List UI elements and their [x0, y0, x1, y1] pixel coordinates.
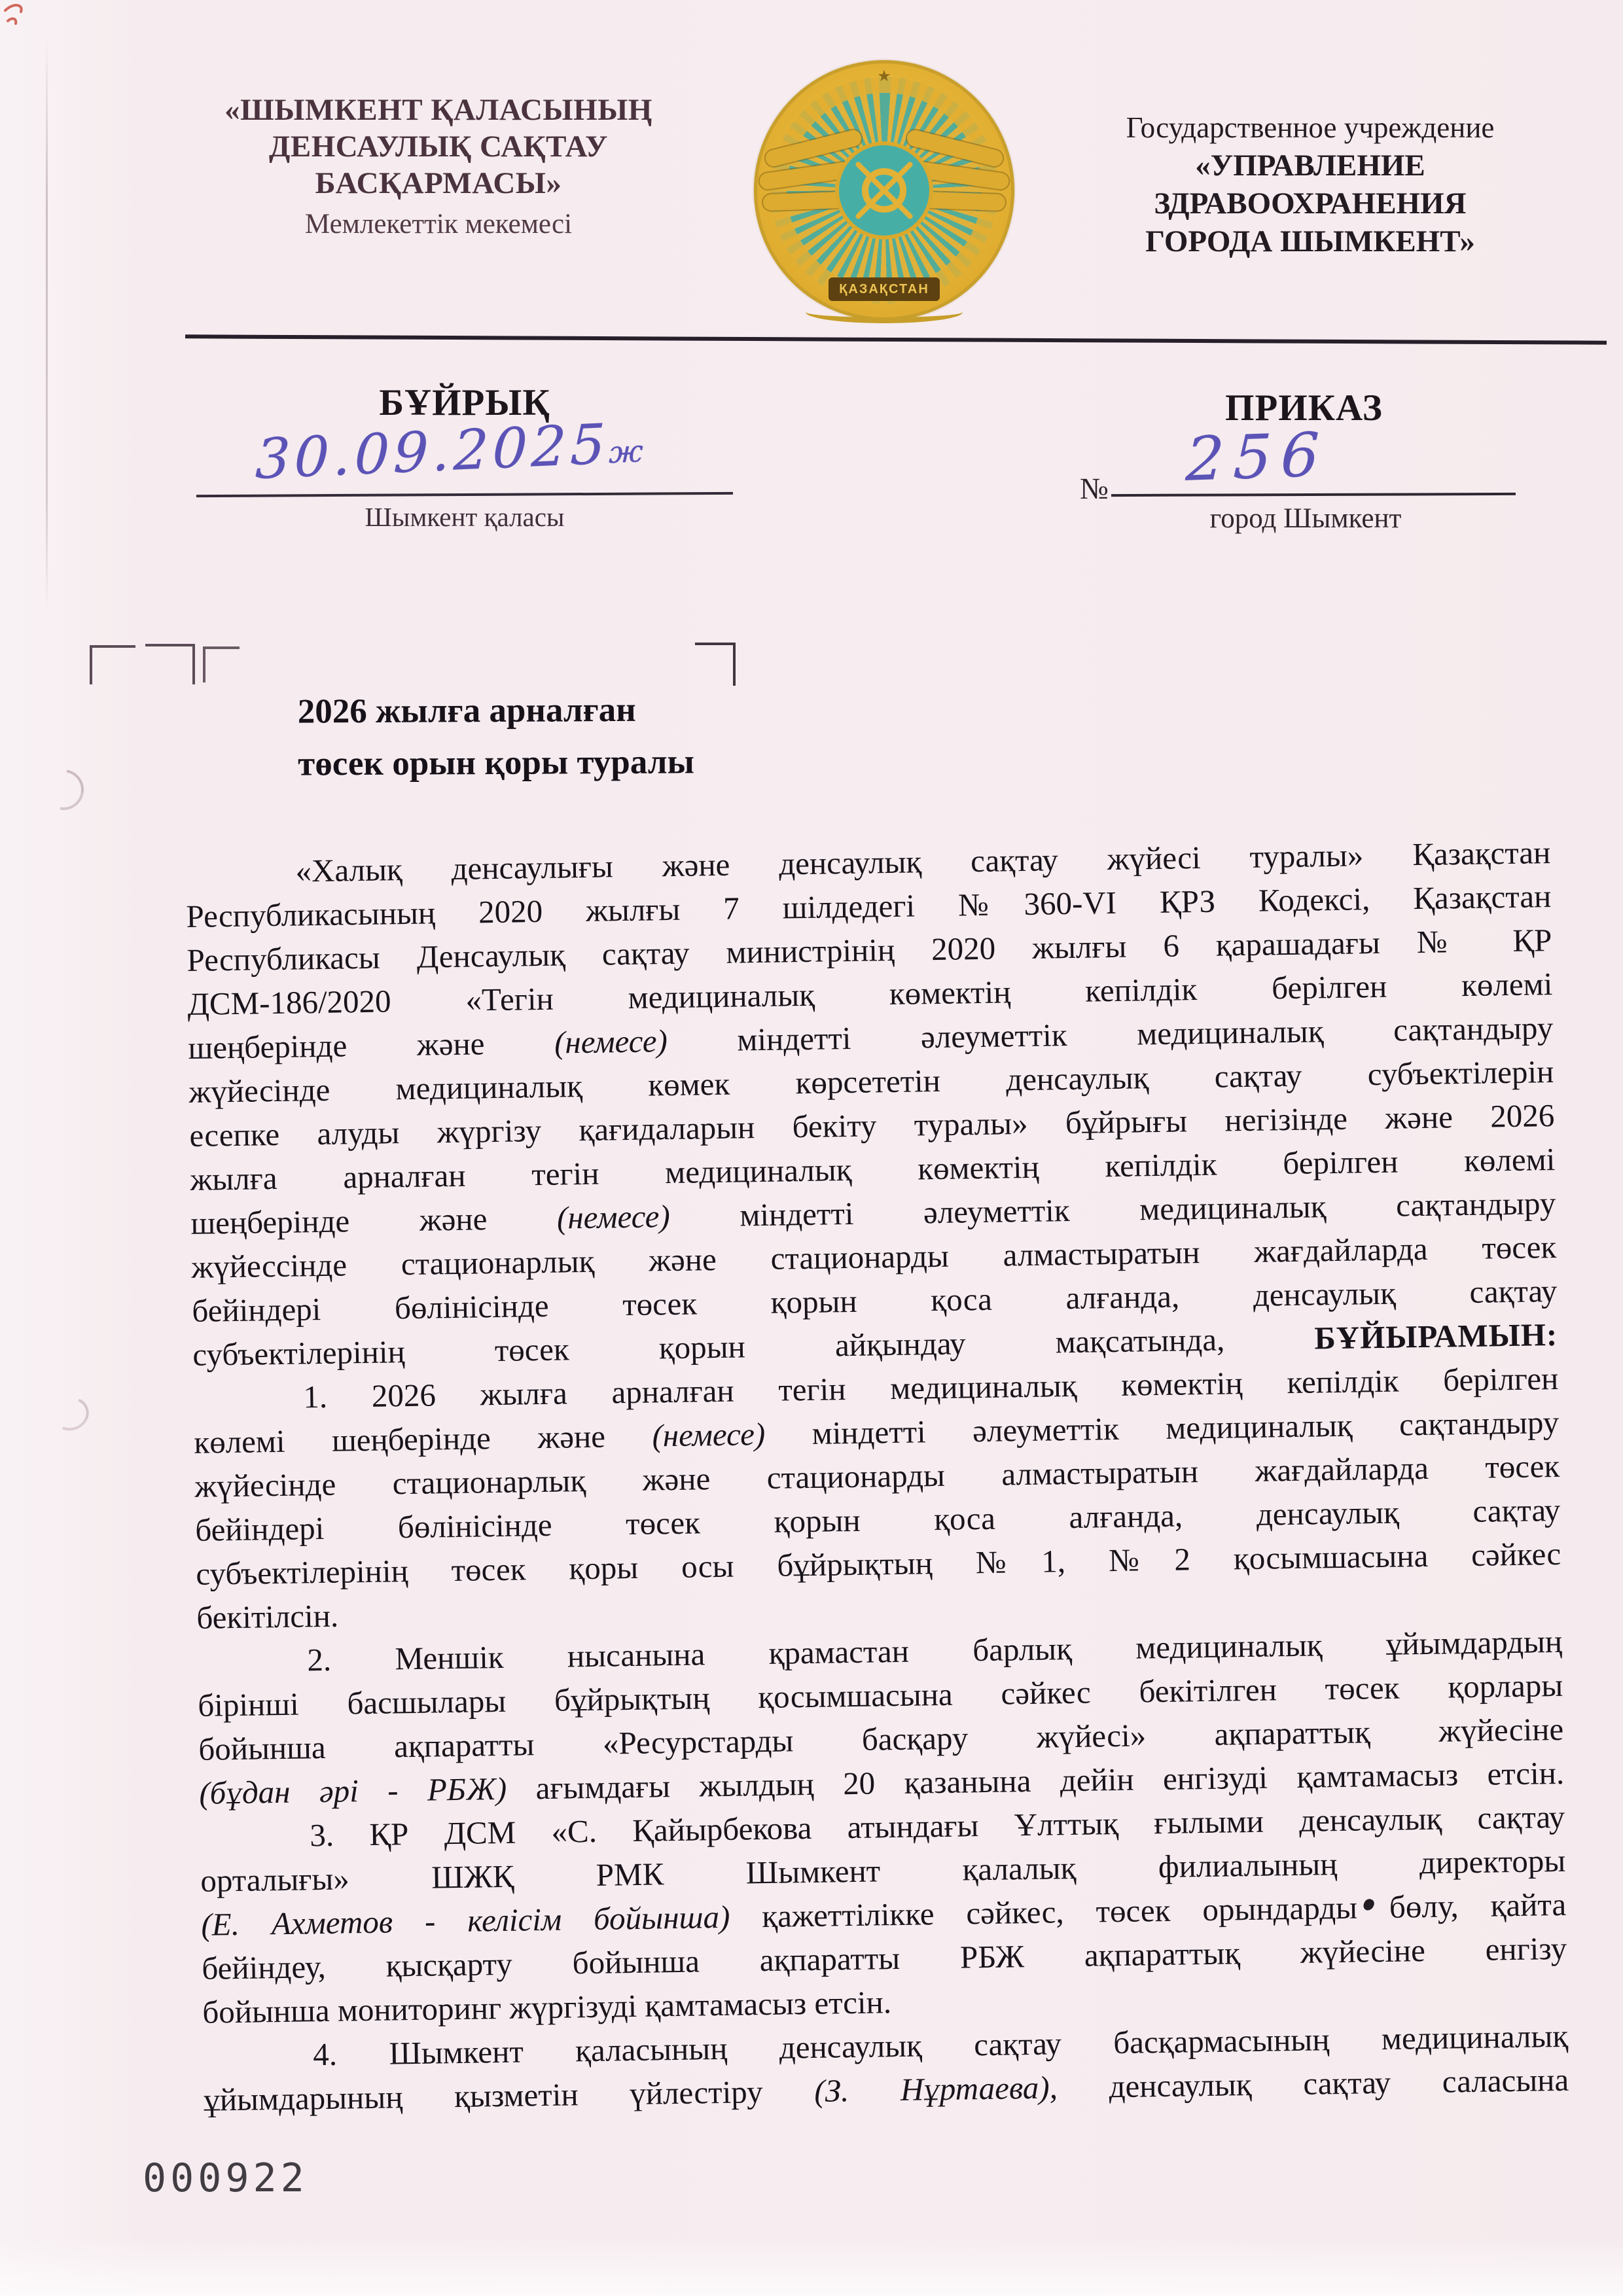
body-text-run: шеңберінде және [188, 1025, 554, 1066]
order-subject: 2026 жылға арналған төсек орын қоры тура… [298, 683, 695, 790]
frame-corner-mark [203, 646, 240, 682]
body-italic-run: (немесе) [554, 1023, 668, 1061]
number-underline [1111, 493, 1516, 497]
header-divider-rule [185, 334, 1607, 344]
body-bold-run: БҰЙЫРАМЫН: [1314, 1316, 1558, 1356]
org-name-russian: Государственное учреждение «УПРАВЛЕНИЕ З… [1061, 109, 1559, 260]
hole-punch-mark [48, 1392, 94, 1436]
org-name-kazakh: «ШЫМКЕНТ ҚАЛАСЫНЫҢ ДЕНСАУЛЫҚ САҚТАУ БАСҚ… [215, 92, 662, 242]
date-underline [196, 492, 733, 497]
org-name-line: «ШЫМКЕНТ ҚАЛАСЫНЫҢ [215, 92, 662, 128]
emblem-star: ★ [754, 67, 1014, 86]
emblem-base-ornament [806, 301, 963, 323]
handwritten-order-number: 256 [1185, 419, 1329, 495]
body-text-run: бекітілсін. [196, 1598, 339, 1636]
frame-corner-mark [145, 644, 195, 684]
handwritten-date-suffix: ж [609, 433, 645, 470]
kazakhstan-coat-of-arms-icon: ★ ҚАЗАҚСТАН [754, 60, 1014, 327]
place-kazakh: Шымкент қаласы [275, 501, 654, 533]
subject-line: 2026 жылға арналған [298, 683, 694, 737]
body-italic-run: (З. Нұртаева), [814, 2069, 1058, 2109]
number-sign: № [1080, 471, 1109, 506]
emblem-name-band: ҚАЗАҚСТАН [829, 277, 940, 301]
org-type-kazakh: Мемлекеттік мекемесі [215, 207, 662, 242]
frame-corner-mark [695, 643, 736, 686]
body-italic-run: (Е. Ахметов - келісім бойынша) [201, 1899, 730, 1943]
document-registration-number: 000922 [143, 2155, 308, 2201]
org-name-line: ДЕНСАУЛЫҚ САҚТАУ [215, 128, 662, 165]
body-text-run: көлемі шеңберінде және [194, 1418, 652, 1460]
scanned-order-page: { "page": {"paper_color": "#f6ecef", "in… [0, 0, 1623, 2296]
body-text: «Халық денсаулығы және денсаулық сақтау … [185, 830, 1569, 2122]
subject-line: төсек орын қоры туралы [298, 735, 694, 790]
body-text-run: ұйымдарының қызметін үйлестіру [204, 2073, 815, 2118]
red-pen-scribble [1, 1, 47, 47]
hole-punch-mark [35, 762, 92, 818]
place-russian: город Шымкент [1113, 503, 1499, 535]
body-text-run: бойынша мониторинг жүргізуді қамтамасыз … [202, 1984, 891, 2030]
body-text-run: шеңберінде және [190, 1200, 557, 1241]
emblem-shanyrak [862, 168, 906, 213]
body-text-run: денсаулық сақтау саласына [1057, 2062, 1569, 2106]
paper-edge-shadow [46, 36, 48, 612]
org-name-line: ЗДРАВООХРАНЕНИЯ [1061, 185, 1559, 222]
org-name-line: ГОРОДА ШЫМКЕНТ» [1061, 222, 1559, 260]
org-name-line: БАСҚАРМАСЫ» [215, 165, 662, 202]
org-name-line: «УПРАВЛЕНИЕ [1061, 147, 1559, 185]
body-italic-run: (немесе) [557, 1198, 671, 1236]
body-text-run: міндетті әлеуметтік медициналық сақтанды… [765, 1404, 1560, 1452]
org-type-russian: Государственное учреждение [1061, 109, 1559, 147]
frame-corner-mark [90, 645, 135, 684]
body-italic-run: (немесе) [652, 1416, 766, 1454]
body-italic-run: (бұдан әрі - РБЖ) [199, 1771, 507, 1811]
